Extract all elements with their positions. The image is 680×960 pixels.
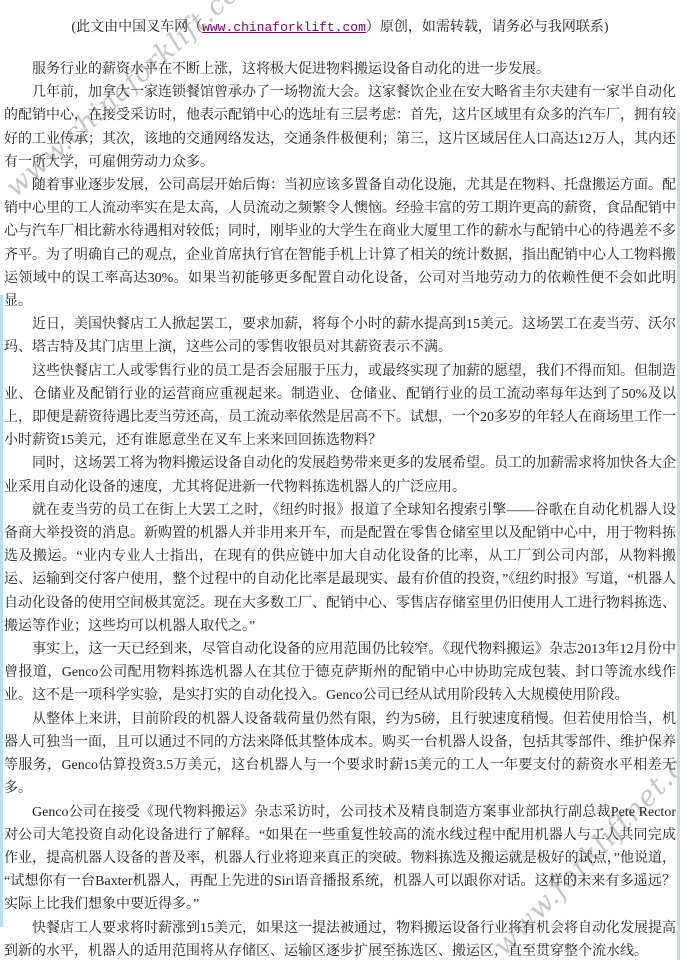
- paragraph-5: 这些快餐店工人或零售行业的员工是否会屈服于压力，或最终实现了加薪的愿望，我们不得…: [4, 360, 676, 453]
- article-page: www.chinaforklift.com www.forkliftnet.co…: [0, 0, 680, 960]
- paragraph-2: 几年前，加拿大一家连锁餐馆曾承办了一场物流大会。这家餐饮企业在安大略省圭尔夫建有…: [4, 81, 676, 174]
- attribution-suffix: ）原创，如需转载，请务必与我网联系): [366, 20, 609, 35]
- article-body: 服务行业的薪资水平在不断上涨，这将极大促进物料搬运设备自动化的进一步发展。 几年…: [0, 58, 680, 960]
- paragraph-4: 近日，美国快餐店工人掀起罢工，要求加薪，将每个小时的薪水提高到15美元。这场罢工…: [4, 313, 676, 359]
- attribution-header: (此文由中国叉车网（www.chinaforklift.com）原创，如需转载，…: [0, 0, 680, 39]
- paragraph-8: 事实上，这一天已经到来，尽管自动化设备的应用范围仍比较窄。《现代物料搬运》杂志2…: [4, 638, 676, 708]
- paragraph-1: 服务行业的薪资水平在不断上涨，这将极大促进物料搬运设备自动化的进一步发展。: [4, 58, 676, 81]
- paragraph-6: 同时，这场罢工将为物料搬运设备自动化的发展趋势带来更多的发展希望。员工的加薪需求…: [4, 452, 676, 498]
- paragraph-9: 从整体上来讲，目前阶段的机器人设备载荷量仍然有限，约为5磅，且行驶速度稍慢。但若…: [4, 708, 676, 801]
- paragraph-11: 快餐店工人要求将时薪涨到15美元，如果这一提法被通过，物料搬运设备行业将有机会将…: [4, 917, 676, 960]
- paragraph-7: 就在麦当劳的员工在街上大罢工之时，《纽约时报》报道了全球知名搜索引擎——谷歌在自…: [4, 499, 676, 638]
- paragraph-3: 随着事业逐步发展，公司高层开始后悔：当初应该多置备自动化设施，尤其是在物料、托盘…: [4, 174, 676, 313]
- attribution-prefix: (此文由中国叉车网（: [71, 20, 202, 35]
- paragraph-10: Genco公司在接受《现代物料搬运》杂志采访时，公司技术及精良制造方案事业部执行…: [4, 801, 676, 917]
- chinaforklift-link[interactable]: www.chinaforklift.com: [202, 20, 366, 35]
